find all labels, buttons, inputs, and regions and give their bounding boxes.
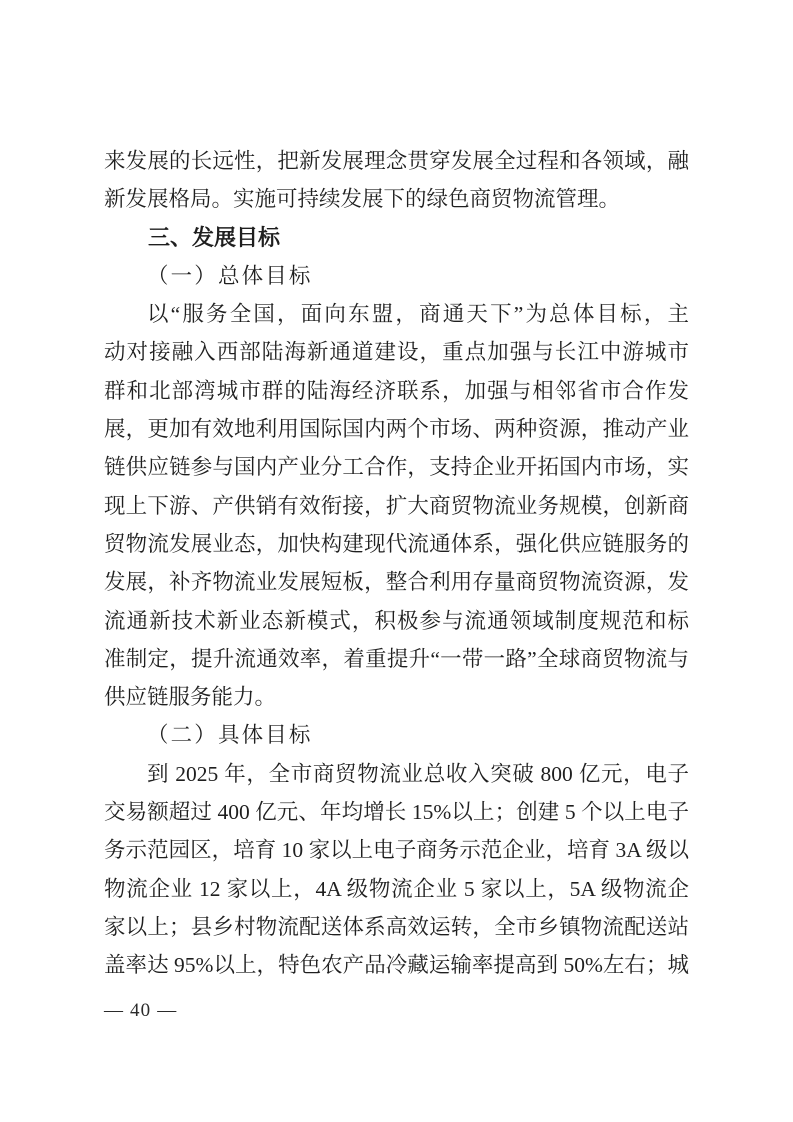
paragraph-line: 群和北部湾城市群的陆海经济联系，加强与相邻省市合作发 [104,372,689,410]
page-number: — 40 — [104,996,177,1026]
paragraph-line: 展，更加有效地利用国际国内两个市场、两种资源，推动产业 [104,410,689,448]
document-page: 来发展的长远性，把新发展理念贯穿发展全过程和各领域，融入 新发展格局。实施可持续… [0,0,793,1122]
paragraph-line: 到 2025 年，全市商贸物流业总收入突破 800 亿元，电子商务 [104,755,689,793]
paragraph-line: 准制定，提升流通效率，着重提升“一带一路”全球商贸物流与 [104,640,689,678]
subsection-heading: （一）总体目标 [104,257,689,295]
paragraph-line: 动对接融入西部陆海新通道建设，重点加强与长江中游城市 [104,333,689,371]
paragraph-line: 务示范园区，培育 10 家以上电子商务示范企业，培育 3A 级以上 [104,831,689,869]
paragraph-line: 供应链服务能力。 [104,678,689,716]
paragraph-line: 链供应链参与国内产业分工合作，支持企业开拓国内市场，实 [104,448,689,486]
document-body: 来发展的长远性，把新发展理念贯穿发展全过程和各领域，融入 新发展格局。实施可持续… [104,142,689,985]
paragraph-line: 流通新技术新业态新模式，积极参与流通领域制度规范和标 [104,602,689,640]
paragraph-line: 交易额超过 400 亿元、年均增长 15%以上；创建 5 个以上电子商 [104,793,689,831]
paragraph-line: 以“服务全国，面向东盟，商通天下”为总体目标，主 [104,295,689,333]
paragraph-line: 盖率达 95%以上，特色农产品冷藏运输率提高到 50%左右；城市 [104,946,689,984]
paragraph-line: 贸物流发展业态，加快构建现代流通体系，强化供应链服务的 [104,525,689,563]
paragraph-line: 物流企业 12 家以上，4A 级物流企业 5 家以上，5A 级物流企业 1 [104,870,689,908]
paragraph-line: 来发展的长远性，把新发展理念贯穿发展全过程和各领域，融入 [104,142,689,180]
paragraph-line: 发展，补齐物流业发展短板，整合利用存量商贸物流资源，发展 [104,563,689,601]
subsection-heading: （二）具体目标 [104,716,689,754]
paragraph-line: 现上下游、产供销有效衔接，扩大商贸物流业务规模，创新商 [104,487,689,525]
paragraph-line: 新发展格局。实施可持续发展下的绿色商贸物流管理。 [104,180,689,218]
paragraph-line: 家以上；县乡村物流配送体系高效运转，全市乡镇物流配送站覆 [104,908,689,946]
section-heading: 三、发展目标 [104,219,689,257]
